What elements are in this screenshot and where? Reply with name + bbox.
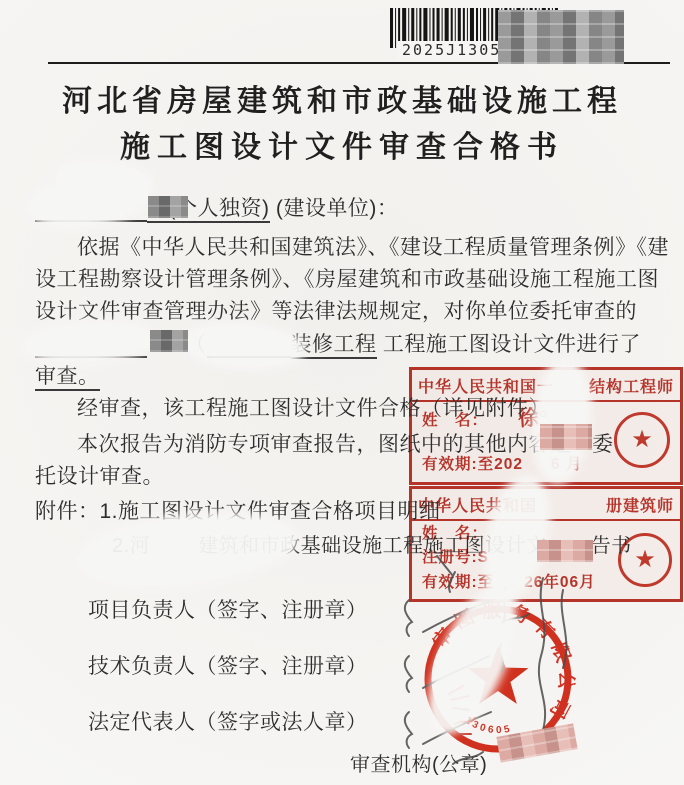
technical-leader-label: 技术负责人（签字、注册章） xyxy=(88,650,368,680)
document-title-line2: 施工图设计文件审查合格书 xyxy=(0,122,684,166)
certificate-page: 2025J1305 河北省房屋建筑和市政基础设施工程 施工图设计文件审查合格书 … xyxy=(0,0,684,785)
law-line1: 依据《中华人民共和国建筑法》、《建设工程质量管理条例》《建 xyxy=(77,231,669,261)
result-line: 经审查，该工程施工图设计文件合格（详见附件）。 xyxy=(77,392,561,422)
law-line3: 设计文件审查管理办法》等法律法规规定，对你单位委托审查的 xyxy=(35,295,637,325)
redaction-pixelation xyxy=(148,196,188,218)
legal-representative-label: 法定代表人（签字或法人章） xyxy=(88,706,368,736)
redaction-pixelation xyxy=(150,330,188,352)
redaction-pixelation xyxy=(540,424,592,450)
project-leader-label: 项目负责人（签字、注册章） xyxy=(88,594,368,624)
document-title-line1: 河北省房屋建筑和市政基础设施工程 xyxy=(0,76,684,120)
redaction-pixelation xyxy=(498,10,624,64)
fire-line-b: 委 xyxy=(592,428,614,458)
project-tail: 工程施工图设计文件进行了 xyxy=(377,333,641,356)
law-line2: 设工程勘察设计管理条例》、《房屋建筑和市政基础设施工程施工图 xyxy=(35,263,659,293)
barcode-number: 2025J1305 xyxy=(398,41,505,59)
review-word: 审查。 xyxy=(35,360,100,390)
addressee-unit-label: (建设单位)： xyxy=(270,197,399,220)
fire-line-a: 本次报告为消防专项审查报告，图纸中的其他内容建 xyxy=(77,428,572,458)
project-name: 装修工程 xyxy=(291,333,377,359)
redaction-pixelation xyxy=(537,540,593,562)
fire-line-c: 托设计审查。 xyxy=(35,460,164,490)
emblem-icon: ★ xyxy=(614,412,670,468)
